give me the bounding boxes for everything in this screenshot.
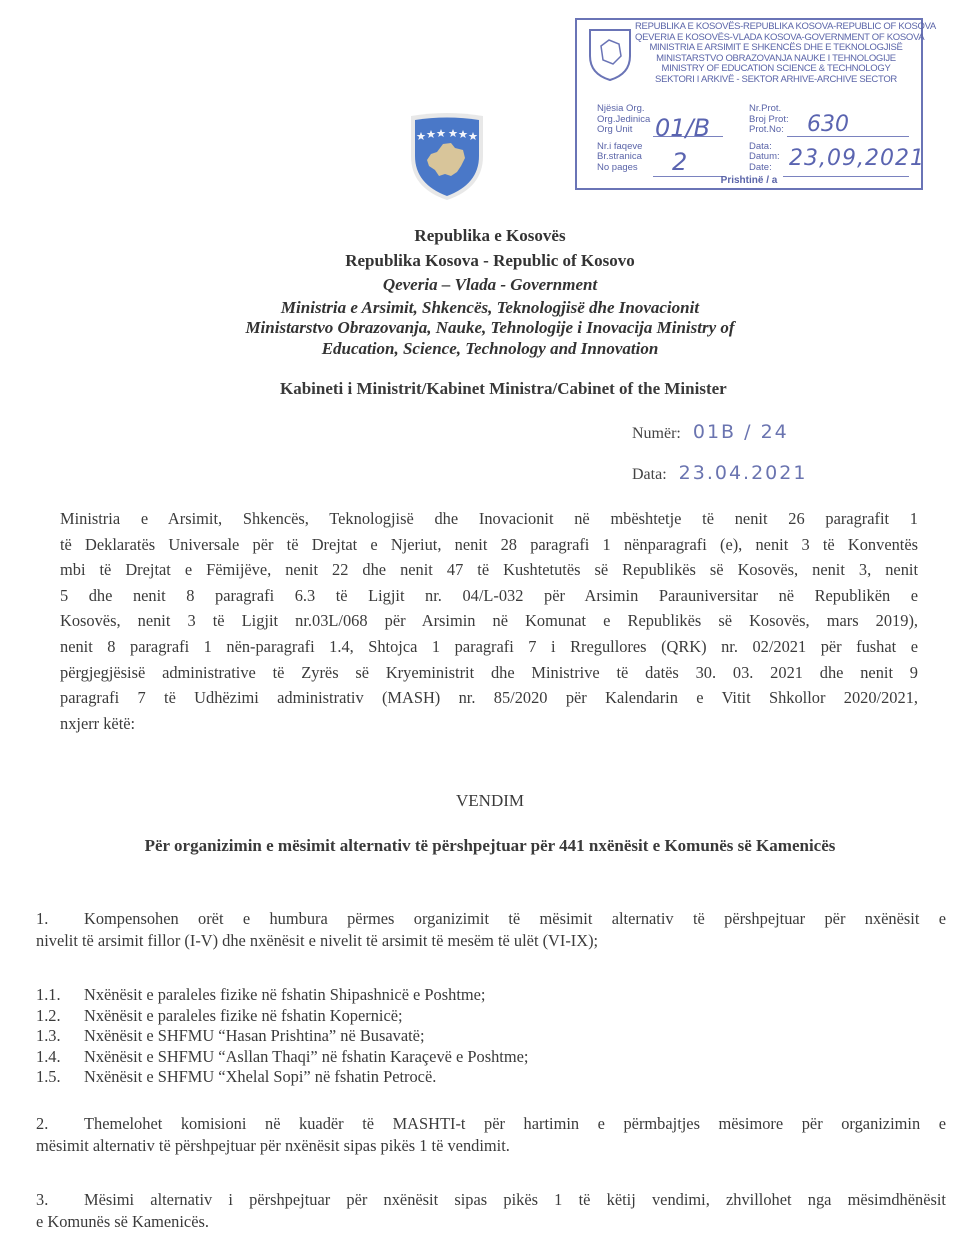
preamble-line: mbi të Drejtat e Fëmijëve, nenit 22 dhe … <box>60 557 918 583</box>
preamble-line: 5 dhe nenit 8 paragrafi 6.3 të Ligjit nr… <box>60 583 918 609</box>
header-government: Qeveria – Vlada - Government <box>0 275 980 295</box>
stamp-org-unit-value: 01/B <box>655 114 710 142</box>
preamble-line: nenit 8 paragrafi 1 nën-paragrafi 1.4, S… <box>60 634 918 660</box>
stamp-header: Republika e Kosovës-Republika Kosova-Rep… <box>635 22 917 85</box>
preamble-line: përgjegjësisë administrative të Zyrës së… <box>60 660 918 686</box>
stamp-city: Prishtinë / a <box>577 175 921 186</box>
archive-stamp: Republika e Kosovës-Republika Kosova-Rep… <box>575 18 923 190</box>
subitem-list: 1.1.Nxënësit e paraleles fizike në fshat… <box>36 985 736 1088</box>
stamp-pages-value: 2 <box>672 148 687 176</box>
item-text: mësimit alternativ të përshpejtuar për n… <box>36 1135 946 1157</box>
item-number: 1. <box>36 908 84 930</box>
decision-item-2: 2.Themelohet komisioni në kuadër të MASH… <box>36 1113 946 1157</box>
header-ministry-sq: Ministria e Arsimit, Shkencës, Teknologj… <box>0 298 980 318</box>
stamp-prot-label: Nr.Prot. Broj Prot: Prot.No: <box>749 104 789 136</box>
item-text: Mësimi alternativ i përshpejtuar për nxë… <box>84 1190 946 1209</box>
cabinet-title: Kabineti i Ministrit/Kabinet Ministra/Ca… <box>280 379 840 399</box>
header-ministry-en: Education, Science, Technology and Innov… <box>0 339 980 359</box>
kosovo-coat-of-arms-icon <box>407 110 487 202</box>
stamp-emblem-icon <box>587 26 633 82</box>
list-item: 1.3.Nxënësit e SHFMU “Hasan Prishtina” n… <box>36 1026 736 1047</box>
stamp-header-line: Republika e Kosovës-Republika Kosova-Rep… <box>635 22 917 33</box>
item-text: nivelit të arsimit fillor (I-V) dhe nxën… <box>36 930 946 952</box>
preamble-line: Ministria e Arsimit, Shkencës, Teknologj… <box>60 506 918 532</box>
date-label: Data: <box>632 466 667 483</box>
stamp-header-line: Sektori i Arkivë - Sektor Arhive-Archive… <box>635 75 917 86</box>
decision-subtitle: Për organizimin e mësimit alternativ të … <box>0 836 980 856</box>
stamp-prot-value: 630 <box>807 112 849 137</box>
reference-number: Numër:01B / 24 <box>632 421 789 443</box>
header-ministry-sr-en: Ministarstvo Obrazovanja, Nauke, Tehnolo… <box>0 318 980 338</box>
decision-item-3: 3.Mësimi alternativ i përshpejtuar për n… <box>36 1189 946 1233</box>
header-republic-sq: Republika e Kosovës <box>0 226 980 246</box>
preamble-line: nxjerr këtë: <box>60 711 918 737</box>
stamp-header-line: Ministry of Education Science & Technolo… <box>635 64 917 75</box>
stamp-header-line: Ministria e Arsimit e Shkencës dhe e Tek… <box>635 43 917 54</box>
item-number: 2. <box>36 1113 84 1135</box>
preamble-line: paragrafi 7 të Udhëzimi administrativ (M… <box>60 685 918 711</box>
preamble-line: Kosovës, nenit 3 të Ligjit nr.03L/068 pë… <box>60 608 918 634</box>
preamble-line: të Deklaratës Universale për të Drejtat … <box>60 532 918 558</box>
item-text: Kompensohen orët e humbura përmes organi… <box>84 909 946 928</box>
reference-date: Data:23.04.2021 <box>632 462 807 484</box>
stamp-pages-label: Nr.i faqeve Br.stranica No pages <box>597 142 650 174</box>
decision-item-1: 1.Kompensohen orët e humbura përmes orga… <box>36 908 946 952</box>
stamp-date-label: Data: Datum: Date: <box>749 142 789 174</box>
preamble: Ministria e Arsimit, Shkencës, Teknologj… <box>60 506 918 736</box>
date-value: 23.04.2021 <box>679 462 808 484</box>
item-number: 3. <box>36 1189 84 1211</box>
list-item: 1.5.Nxënësit e SHFMU “Xhelal Sopi” në fs… <box>36 1067 736 1088</box>
item-text: e Komunës së Kamenicës. <box>36 1211 946 1233</box>
number-label: Numër: <box>632 425 681 442</box>
item-text: Themelohet komisioni në kuadër të MASHTI… <box>84 1114 946 1133</box>
list-item: 1.1.Nxënësit e paraleles fizike në fshat… <box>36 985 736 1006</box>
decision-title: VENDIM <box>0 791 980 811</box>
stamp-org-unit-label: Njësia Org. Org.Jedinica Org Unit <box>597 104 650 136</box>
number-value: 01B / 24 <box>693 421 789 443</box>
list-item: 1.4.Nxënësit e SHFMU “Asllan Thaqi” në f… <box>36 1047 736 1068</box>
list-item: 1.2.Nxënësit e paraleles fizike në fshat… <box>36 1006 736 1027</box>
header-republic-multi: Republika Kosova - Republic of Kosovo <box>0 251 980 271</box>
stamp-date-value: 23,09,2021 <box>789 146 925 171</box>
